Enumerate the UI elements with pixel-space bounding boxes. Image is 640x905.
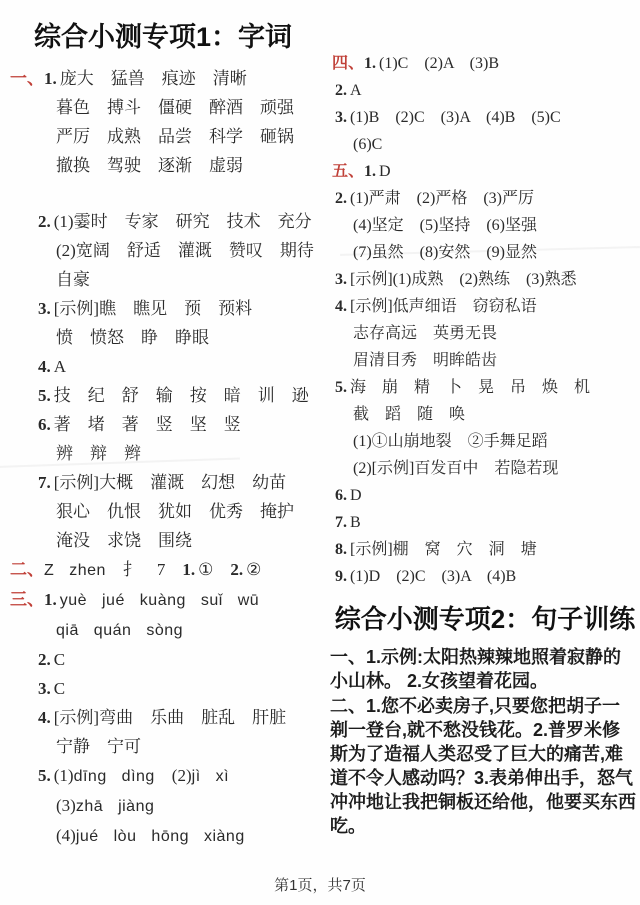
answer-line: 二、Z zhen 扌 7 1.① 2.② (0, 555, 326, 585)
answer-text: (2) (155, 766, 192, 785)
answer-text: C (54, 650, 65, 669)
section-marker: 四、 (332, 55, 364, 72)
answer-text: 技 纪 舒 输 按 暗 训 逊 (54, 386, 309, 405)
answer-text: 7. (335, 514, 350, 531)
answer-line: 眉清目秀 明眸皓齿 (330, 347, 640, 374)
answer-line: 7.[示例]大概 灌溉 幻想 幼苗 (0, 468, 326, 497)
answer-text: Z zhen (44, 562, 106, 579)
answer-text: 严厉 成熟 品尝 科学 砸锅 (56, 127, 294, 146)
answer-text: 4. (38, 357, 54, 376)
answer-line: (2)[示例]百发百中 若隐若现 (330, 455, 640, 482)
answer-line: (2)宽阔 舒适 灌溉 赞叹 期待 (0, 236, 326, 265)
answer-text: [示例](1)成熟 (2)熟练 (3)熟悉 (350, 271, 577, 288)
answer-line: 截 蹈 随 唤 (330, 401, 640, 428)
answer-text: (3) (56, 796, 76, 815)
answer-text: (2)宽阔 舒适 灌溉 赞叹 期待 (56, 241, 314, 260)
answer-text: (4)坚定 (5)坚持 (6)坚强 (353, 217, 537, 234)
answer-sheet-page: 综合小测专项1：字词 一、1.庞大 猛兽 痕迹 清晰暮色 搏斗 僵硬 醉酒 顽强… (0, 0, 640, 905)
answer-text: (1)严肃 (2)严格 (3)严厉 (350, 190, 534, 207)
answer-text: 1. (182, 560, 198, 579)
answer-line: 五、1.D (330, 158, 640, 185)
answer-line: 6.著 堵 著 竖 坚 竖 (0, 410, 326, 439)
answer-line: 5.海 崩 精 卜 晃 吊 焕 机 (330, 374, 640, 401)
answer-line: 2.(1)严肃 (2)严格 (3)严厉 (330, 185, 640, 212)
answer-text: 海 崩 精 卜 晃 吊 焕 机 (350, 379, 590, 396)
answer-text: 3. (38, 679, 54, 698)
answer-line: (6)C (330, 131, 640, 158)
exercise-paragraph: 二、1.您不必卖房子,只要您把胡子一剃一登台,就不愁没钱花。2.普罗米修斯为了造… (330, 694, 636, 838)
answer-text: 撤换 驾驶 逐渐 虚弱 (56, 156, 243, 175)
answer-text: 3. (335, 271, 350, 288)
answer-text: 庞大 猛兽 痕迹 清晰 (60, 69, 247, 88)
answer-text: 截 蹈 随 唤 (353, 406, 465, 423)
answer-text: 2. (230, 560, 246, 579)
answer-line: qiā quán sòng (0, 615, 326, 645)
answer-text: qiā quán sòng (56, 622, 183, 639)
answer-text: A (350, 82, 362, 99)
answer-text: 2. (335, 190, 350, 207)
answer-text: 3. (38, 299, 54, 318)
answer-text: 扌 7 (106, 560, 183, 579)
answer-line: (4)jué lòu hōng xiàng (0, 821, 326, 851)
answer-text: 自豪 (56, 270, 90, 289)
answer-line: 6.D (330, 482, 640, 509)
sentence-training-answers: 一、1.示例:太阳热辣辣地照着寂静的小山林。 2.女孩望着花园。 二、1.您不必… (330, 645, 640, 838)
answer-line: 5.技 纪 舒 输 按 暗 训 逊 (0, 381, 326, 410)
answer-text: 6. (335, 487, 350, 504)
page-title-section2: 综合小测专项2：句子训练 (330, 602, 640, 637)
answer-text: 1. (364, 55, 379, 72)
left-column-lines: 一、1.庞大 猛兽 痕迹 清晰暮色 搏斗 僵硬 醉酒 顽强严厉 成熟 品尝 科学… (0, 64, 326, 851)
section-marker: 三、 (10, 590, 44, 609)
left-column: 综合小测专项1：字词 一、1.庞大 猛兽 痕迹 清晰暮色 搏斗 僵硬 醉酒 顽强… (0, 0, 326, 851)
answer-text: 狠心 仇恨 犹如 优秀 掩护 (56, 502, 294, 521)
answer-text: (1)C (2)A (3)B (379, 55, 499, 72)
answer-text: [示例]大概 灌溉 幻想 幼苗 (54, 473, 286, 492)
answer-text: 1. (364, 163, 379, 180)
answer-line: 辨 辩 辫 (0, 439, 326, 468)
section-marker: 一、 (10, 69, 44, 88)
answer-text: 8. (335, 541, 350, 558)
answer-text: 1. (44, 69, 60, 88)
answer-line: 4.[示例]低声细语 窃窃私语 (330, 293, 640, 320)
answer-text: 淹没 求饶 围绕 (56, 531, 192, 550)
answer-text: 5. (335, 379, 350, 396)
answer-text: [示例]弯曲 乐曲 脏乱 肝脏 (54, 708, 286, 727)
answer-text: 4. (38, 708, 54, 727)
answer-line: 7.B (330, 509, 640, 536)
answer-text: (1)霎时 专家 研究 技术 充分 (54, 212, 312, 231)
answer-text: D (379, 163, 391, 180)
answer-text: [示例]低声细语 窃窃私语 (350, 298, 537, 315)
answer-text: 暮色 搏斗 僵硬 醉酒 顽强 (56, 98, 294, 117)
answer-text: ② (246, 560, 261, 579)
answer-text: (1)B (2)C (3)A (4)B (5)C (350, 109, 561, 126)
answer-text: A (54, 357, 66, 376)
answer-text: 5. (38, 766, 54, 785)
section-marker: 二、 (10, 560, 44, 579)
exercise-paragraph: 一、1.示例:太阳热辣辣地照着寂静的小山林。 2.女孩望着花园。 (330, 645, 636, 693)
answer-line: 四、1.(1)C (2)A (3)B (330, 50, 640, 77)
answer-text: (2)[示例]百发百中 若隐若现 (353, 460, 558, 477)
answer-line: 严厉 成熟 品尝 科学 砸锅 (0, 122, 326, 151)
content-columns: 综合小测专项1：字词 一、1.庞大 猛兽 痕迹 清晰暮色 搏斗 僵硬 醉酒 顽强… (0, 0, 640, 851)
answer-line: 5.(1)dīng dìng (2)jì xì (0, 761, 326, 791)
answer-line: 8.[示例]棚 窝 穴 洞 塘 (330, 536, 640, 563)
answer-line: 4.[示例]弯曲 乐曲 脏乱 肝脏 (0, 703, 326, 732)
answer-line: 志存高远 英勇无畏 (330, 320, 640, 347)
answer-text: C (54, 679, 65, 698)
answer-line: 2.A (330, 77, 640, 104)
answer-text: 愤 愤怒 睁 睁眼 (56, 328, 209, 347)
right-column: 四、1.(1)C (2)A (3)B2.A3.(1)B (2)C (3)A (4… (326, 0, 640, 851)
answer-text: 2. (38, 212, 54, 231)
answer-text: 9. (335, 568, 350, 585)
answer-line: 淹没 求饶 围绕 (0, 526, 326, 555)
answer-line: 3.(1)B (2)C (3)A (4)B (5)C (330, 104, 640, 131)
answer-text: 宁静 宁可 (56, 737, 141, 756)
answer-text: 4. (335, 298, 350, 315)
answer-text: 3. (335, 109, 350, 126)
answer-line: (7)虽然 (8)安然 (9)显然 (330, 239, 640, 266)
answer-line: (3)zhā jiàng (0, 791, 326, 821)
answer-line: 宁静 宁可 (0, 732, 326, 761)
answer-line: 愤 愤怒 睁 睁眼 (0, 323, 326, 352)
answer-text: 2. (38, 650, 54, 669)
answer-text: 5. (38, 386, 54, 405)
answer-text: yuè jué kuàng suǐ wū (60, 592, 259, 609)
answer-text: zhā jiàng (76, 798, 155, 815)
answer-line: (4)坚定 (5)坚持 (6)坚强 (330, 212, 640, 239)
answer-line: 3.C (0, 674, 326, 703)
answer-text: (7)虽然 (8)安然 (9)显然 (353, 244, 537, 261)
right-column-lines: 四、1.(1)C (2)A (3)B2.A3.(1)B (2)C (3)A (4… (330, 50, 640, 590)
answer-line: 撤换 驾驶 逐渐 虚弱 (0, 151, 326, 180)
answer-text: B (350, 514, 361, 531)
answer-line: 2.(1)霎时 专家 研究 技术 充分 (0, 207, 326, 236)
answer-text: (1) (54, 766, 74, 785)
answer-line: 4.A (0, 352, 326, 381)
answer-line: 9.(1)D (2)C (3)A (4)B (330, 563, 640, 590)
answer-line: 一、1.庞大 猛兽 痕迹 清晰 (0, 64, 326, 93)
answer-line: (1)①山崩地裂 ②手舞足蹈 (330, 428, 640, 455)
answer-text: (6)C (353, 136, 382, 153)
answer-text: 6. (38, 415, 54, 434)
answer-text: 辨 辩 辫 (56, 444, 141, 463)
answer-line: 3.[示例]瞧 瞧见 预 预料 (0, 294, 326, 323)
answer-text: ① (198, 560, 230, 579)
answer-text: [示例]棚 窝 穴 洞 塘 (350, 541, 537, 558)
answer-text: 7. (38, 473, 54, 492)
answer-text: 著 堵 著 竖 坚 竖 (54, 415, 241, 434)
answer-text: 2. (335, 82, 350, 99)
answer-line: 2.C (0, 645, 326, 674)
answer-text: dīng dìng (74, 768, 155, 785)
answer-text: (1)①山崩地裂 ②手舞足蹈 (353, 433, 548, 450)
answer-text: (1)D (2)C (3)A (4)B (350, 568, 516, 585)
answer-text: 志存高远 英勇无畏 (353, 325, 497, 342)
answer-line: 狠心 仇恨 犹如 优秀 掩护 (0, 497, 326, 526)
page-title-section1: 综合小测专项1：字词 (0, 20, 326, 54)
answer-line: 3.[示例](1)成熟 (2)熟练 (3)熟悉 (330, 266, 640, 293)
answer-line: 自豪 (0, 265, 326, 294)
page-footer: 第1页，共7页 (0, 874, 640, 895)
answer-text: D (350, 487, 362, 504)
section-marker: 五、 (332, 163, 364, 180)
answer-text: (4) (56, 826, 76, 845)
answer-line: 暮色 搏斗 僵硬 醉酒 顽强 (0, 93, 326, 122)
answer-text: [示例]瞧 瞧见 预 预料 (54, 299, 252, 318)
answer-line: 三、1.yuè jué kuàng suǐ wū (0, 585, 326, 615)
answer-text: 1. (44, 590, 60, 609)
answer-text: 眉清目秀 明眸皓齿 (353, 352, 497, 369)
answer-text: jué lòu hōng xiàng (76, 828, 245, 845)
answer-text: jì xì (192, 768, 229, 785)
